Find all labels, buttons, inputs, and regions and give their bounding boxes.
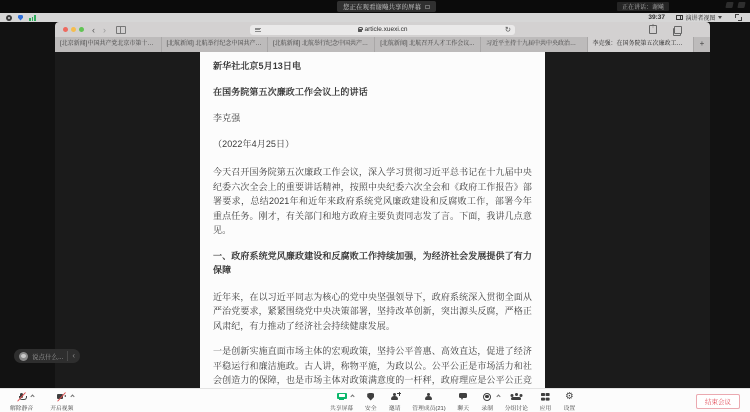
meeting-menubar: 39:37 演讲者视图 bbox=[0, 13, 750, 22]
browser-window: ‹ › article.xuexi.cn ↻ [北京新闻]中国共产党北京市第十三… bbox=[55, 22, 710, 388]
security-button[interactable]: 安全 bbox=[364, 392, 377, 412]
chat-icon bbox=[459, 393, 467, 401]
start-video-button[interactable]: 开启视频 bbox=[50, 392, 73, 412]
browser-toolbar: ‹ › article.xuexi.cn ↻ bbox=[55, 22, 710, 37]
speaking-indicator-text: 正在讲话：谢飚 bbox=[622, 2, 664, 11]
record-button[interactable]: 录制 bbox=[481, 392, 494, 412]
security-shield-icon bbox=[367, 393, 374, 401]
topbar-corner-icons bbox=[726, 2, 745, 8]
article-title: 在国务院第五次廉政工作会议上的讲话 bbox=[213, 87, 532, 98]
tab-xi-politburo[interactable]: 习近平主持十九届中共中央政治局第四... bbox=[481, 37, 588, 52]
share-icon[interactable] bbox=[649, 25, 657, 35]
quick-chat-pill[interactable]: 说点什么... ‹ bbox=[14, 349, 80, 363]
apps-grid-icon bbox=[541, 393, 549, 401]
meeting-top-strip: 您正在观看谢飚共享的屏幕 正在讲话：谢飚 bbox=[0, 0, 750, 13]
article-column: 新华社北京5月13日电 在国务院第五次廉政工作会议上的讲话 李克强 （2022年… bbox=[200, 52, 545, 388]
status-icon-group bbox=[6, 15, 36, 21]
chevron-up-icon[interactable] bbox=[350, 394, 354, 398]
tab-beijing-news[interactable]: [北京新闻]中国共产党北京市第十三次... bbox=[55, 37, 162, 52]
hand-raise-icon[interactable] bbox=[725, 2, 733, 8]
article-dateline: 新华社北京5月13日电 bbox=[213, 61, 532, 72]
share-screen-icon bbox=[337, 393, 347, 401]
invite-icon bbox=[391, 393, 399, 401]
chevron-down-icon bbox=[718, 16, 722, 19]
tab-buaa-talent[interactable]: [北航新闻] 北航召开人才工作会议... bbox=[375, 37, 482, 52]
article-section-heading: 一、政府系统党风廉政建设和反腐败工作持续加强，为经济社会发展提供了有力保障 bbox=[213, 249, 532, 278]
back-icon[interactable]: ‹ bbox=[92, 24, 95, 36]
chevron-up-icon[interactable] bbox=[71, 394, 75, 398]
address-bar[interactable]: article.xuexi.cn ↻ bbox=[250, 25, 515, 35]
record-icon bbox=[483, 393, 491, 401]
corner-more-icon[interactable] bbox=[737, 2, 745, 8]
collapse-pill-icon[interactable]: ‹ bbox=[67, 351, 75, 361]
gear-icon: ⚙ bbox=[565, 393, 574, 401]
view-mode-button[interactable]: 演讲者视图 bbox=[676, 14, 722, 22]
toolbar-center-group: 共享屏幕 安全 邀请 管理成员(21) 聊天 录制 分组讨论 应用 bbox=[330, 392, 576, 412]
quick-chat-placeholder: 说点什么... bbox=[32, 352, 63, 361]
record-indicator-icon bbox=[6, 15, 12, 21]
article-date: （2022年4月25日） bbox=[213, 139, 532, 150]
toolbar-left-group: 解除静音 开启视频 bbox=[10, 392, 73, 412]
reload-icon[interactable]: ↻ bbox=[505, 25, 511, 35]
tab-buaa-news-1[interactable]: [北航新闻] 北航举行纪念中国共产党... bbox=[162, 37, 269, 52]
watching-banner-text: 您正在观看谢飚共享的屏幕 bbox=[343, 2, 421, 11]
view-mode-label: 演讲者视图 bbox=[685, 13, 715, 22]
meeting-duration: 39:37 bbox=[648, 14, 665, 21]
address-url: article.xuexi.cn bbox=[365, 26, 408, 33]
network-signal-icon bbox=[29, 15, 36, 21]
minimize-window-icon[interactable] bbox=[71, 27, 76, 32]
speaker-view-icon bbox=[676, 15, 683, 21]
avatar-icon bbox=[19, 352, 28, 361]
screen-share-mini-icon bbox=[425, 5, 430, 9]
watching-screen-banner: 您正在观看谢飚共享的屏幕 bbox=[337, 1, 436, 12]
lock-icon bbox=[358, 29, 362, 33]
address-bar-center: article.xuexi.cn bbox=[250, 25, 515, 35]
forward-icon[interactable]: › bbox=[103, 24, 106, 36]
article-paragraph-1: 今天召开国务院第五次廉政工作会议，深入学习贯彻习近平总书记在十九届中央纪委六次全… bbox=[213, 165, 532, 238]
tab-overview-icon[interactable] bbox=[673, 26, 682, 34]
close-window-icon[interactable] bbox=[63, 27, 68, 32]
tab-likeqiang-speech-active[interactable]: 李克强：在国务院第五次廉政工作会议... bbox=[588, 37, 695, 52]
members-icon bbox=[425, 393, 433, 401]
manage-members-button[interactable]: 管理成员(21) bbox=[412, 392, 446, 412]
chevron-up-icon[interactable] bbox=[496, 394, 500, 398]
protect-shield-icon bbox=[18, 15, 23, 21]
article-paragraph-3: 一是创新实施直面市场主体的宏观政策，坚持公平普惠、高效直达，促进了经济平稳运行和… bbox=[213, 344, 532, 388]
article-paragraph-2: 近年来，在以习近平同志为核心的党中央坚强领导下，政府系统深入贯彻全面从严治党要求… bbox=[213, 290, 532, 334]
settings-button[interactable]: ⚙ 设置 bbox=[563, 392, 576, 412]
zoom-window-icon[interactable] bbox=[79, 27, 84, 32]
chat-button[interactable]: 聊天 bbox=[457, 392, 470, 412]
share-screen-button[interactable]: 共享屏幕 bbox=[330, 392, 353, 412]
meeting-toolbar: 解除静音 开启视频 共享屏幕 安全 邀请 管理成员(21) 聊天 bbox=[0, 388, 750, 412]
breakout-rooms-button[interactable]: 分组讨论 bbox=[505, 392, 528, 412]
end-meeting-button[interactable]: 结束会议 bbox=[696, 394, 740, 409]
fullscreen-icon[interactable] bbox=[735, 14, 742, 21]
breakout-rooms-icon bbox=[510, 393, 522, 401]
invite-button[interactable]: 邀请 bbox=[388, 392, 401, 412]
article-author: 李克强 bbox=[213, 113, 532, 124]
sidebar-toggle-icon[interactable] bbox=[116, 26, 126, 34]
unmute-button[interactable]: 解除静音 bbox=[10, 392, 33, 412]
speaking-indicator: 正在讲话：谢飚 bbox=[617, 2, 669, 11]
apps-button[interactable]: 应用 bbox=[539, 392, 552, 412]
chevron-up-icon[interactable] bbox=[30, 394, 34, 398]
new-tab-button[interactable]: + bbox=[694, 37, 710, 52]
page-background: 新华社北京5月13日电 在国务院第五次廉政工作会议上的讲话 李克强 （2022年… bbox=[55, 52, 710, 388]
tab-bar: [北京新闻]中国共产党北京市第十三次... [北航新闻] 北航举行纪念中国共产党… bbox=[55, 37, 710, 52]
tab-buaa-news-2[interactable]: [北航新闻] 北航举行纪念中国共产党... bbox=[268, 37, 375, 52]
